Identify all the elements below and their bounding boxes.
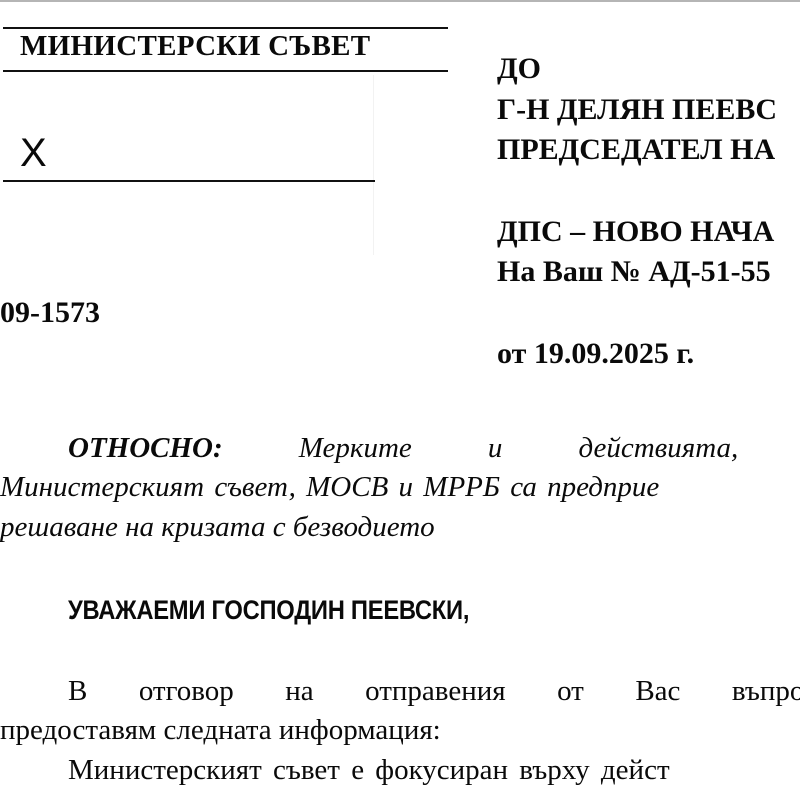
issuer-top-rule xyxy=(3,27,448,29)
subject-line-1: ОТНОСНО: Мерките и действията, к xyxy=(68,432,800,465)
body-word: от xyxy=(557,675,584,708)
subject-line-2: Министерският съвет, МОСВ и МРРБ са пред… xyxy=(0,471,659,504)
issuer-name: МИНИСТЕРСКИ СЪВЕТ xyxy=(20,30,370,63)
registration-rule xyxy=(3,180,375,182)
subject-line-3: решаване на кризата с безводието xyxy=(0,511,435,544)
body-word: на xyxy=(285,675,313,708)
recipient-party: ДПС – НОВО НАЧА xyxy=(497,215,774,249)
body-paragraph-2-line-1: Министерският съвет е фокусиран върху де… xyxy=(68,754,670,787)
page-top-border xyxy=(0,0,800,2)
subject-word: и xyxy=(488,432,503,465)
body-paragraph-1-line-2: предоставям следната информация: xyxy=(0,714,441,747)
your-reference: На Ваш № АД-51-55 xyxy=(497,255,771,289)
body-word: Вас xyxy=(635,675,680,708)
subject-label: ОТНОСНО: xyxy=(68,432,223,465)
body-word: отправения xyxy=(365,675,505,708)
issuer-bottom-rule xyxy=(3,70,448,72)
recipient-to: ДО xyxy=(497,52,541,86)
body-word: въпрос xyxy=(732,675,800,708)
mark-x: X xyxy=(20,131,47,176)
divider xyxy=(373,75,374,255)
body-word: отговор xyxy=(139,675,234,708)
subject-word: действията, xyxy=(578,432,738,465)
body-word: В xyxy=(68,675,87,708)
registration-number: 09-1573 xyxy=(0,296,100,330)
subject-word: Мерките xyxy=(299,432,412,465)
recipient-title: ПРЕДСЕДАТЕЛ НА xyxy=(497,133,775,167)
greeting: УВАЖАЕМИ ГОСПОДИН ПЕЕВСКИ, xyxy=(68,595,469,626)
reference-date: от 19.09.2025 г. xyxy=(497,337,694,371)
recipient-name: Г-Н ДЕЛЯН ПЕЕВС xyxy=(497,93,777,127)
body-paragraph-1-line-1: В отговор на отправения от Вас въпрос xyxy=(68,675,800,708)
